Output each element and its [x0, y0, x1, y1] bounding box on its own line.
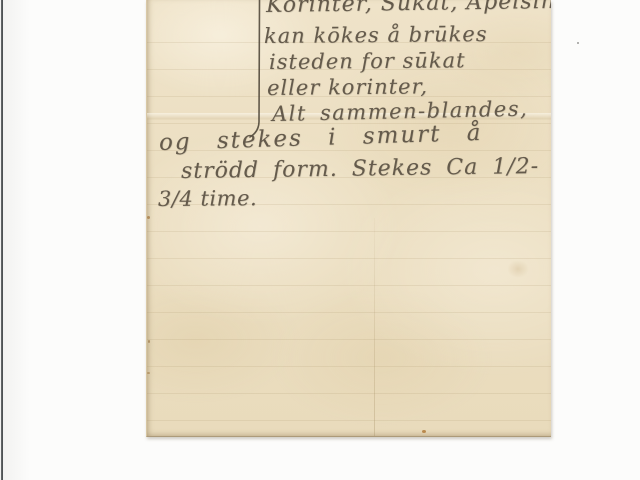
handwriting-line: 3/4 time.: [158, 186, 257, 211]
handwriting-line: strödd form. Stekes Ca 1/2-: [181, 154, 539, 184]
paper-edge-speck: [148, 340, 150, 343]
paper-edge-speck: [147, 372, 150, 374]
handwriting-line: og stekes i smurt å: [159, 120, 483, 156]
scanner-edge-strip: [1, 0, 3, 480]
scanned-document: Korinter, Sūkat, Apelsinskall kan kōkes …: [0, 0, 640, 480]
paper-smudge: [507, 260, 529, 278]
paper-sheet: Korinter, Sūkat, Apelsinskall kan kōkes …: [146, 0, 551, 437]
handwriting-line: eller korinter,: [267, 74, 428, 100]
handwriting-line: Korinter, Sūkat, Apelsinskall: [266, 0, 551, 18]
paper-stain: [422, 430, 426, 433]
handwriting-line: kan kōkes å brūkes: [264, 22, 488, 48]
vertical-crease: [374, 218, 375, 436]
dust-speck: [577, 42, 579, 44]
paper-edge-speck: [147, 216, 150, 219]
handwriting-line: isteden for sūkat: [269, 48, 466, 74]
